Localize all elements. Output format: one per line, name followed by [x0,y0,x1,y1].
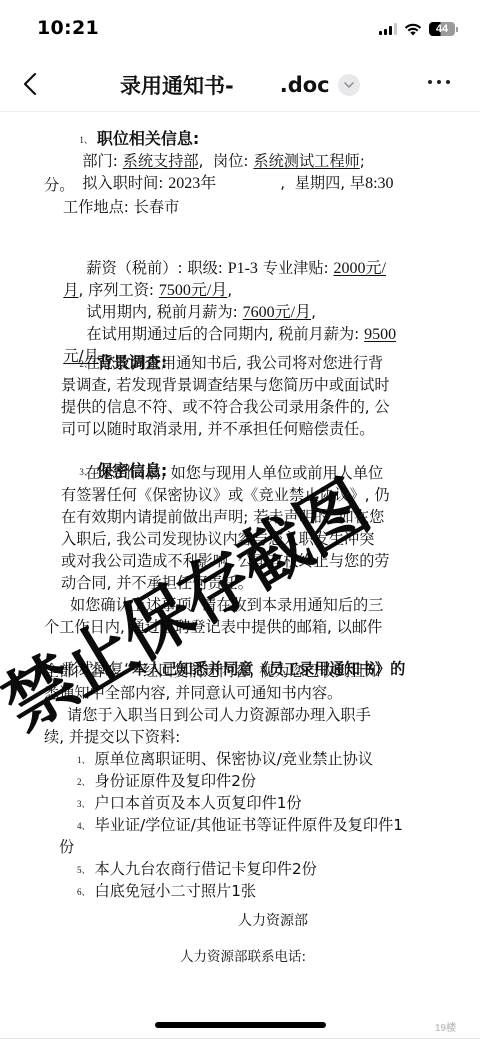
required-item: 6、白底免冠小二寸照片1张 [77,881,256,902]
required-item: 4、毕业证/学位证/其他证书等证件原件及复印件1 [77,815,403,836]
wifi-icon [404,23,422,36]
onboarding-line: 续, 并提交以下资料: [44,727,180,747]
document-title[interactable]: 录用通知书- .doc [120,70,360,100]
home-indicator[interactable] [155,1022,326,1028]
section2-line: 提供的信息不符、或不符合我公司录用条件的, 公 [61,397,390,417]
required-item: 2、身份证原件及复印件2份 [77,771,256,792]
battery-level: 44 [429,22,455,36]
required-item: 3、户口本首页及本人页复印件1份 [77,793,302,814]
signal-icon [379,23,397,35]
required-item: 1、原单位离职证明、保密协议/竞业禁止协议 [77,749,373,770]
site-logo: 19楼 [435,1019,456,1034]
section2-line: 司可以随时取消录用, 并不承担任何赔偿责任。 [61,419,374,439]
confirm-line: 全部内容”。一经回复前述内容, 视为您已收到且知 [44,661,380,681]
start-date-tail: 分。 [44,175,74,195]
confirm-line: 悉通知中全部内容, 并同意认可通知书内容。 [44,683,342,703]
section3-line: 或对我公司造成不利影响, 公司有权终止与您的劳 [61,551,390,571]
location-line: 工作地点: 长春市 [63,197,179,217]
section3-line: 在有效期内请提前做出声明; 若未声明的, 如在您 [61,507,384,527]
back-button[interactable] [16,68,44,100]
allowance-value: 2000元/ [333,260,385,277]
section2-line: 景调查, 若发现背景调查结果与您简历中或面试时 [61,375,390,395]
section3-line: 入职后, 我公司发现协议内容与您入职发生冲突 [61,529,374,549]
required-item: 5、本人九台农商行借记卡复印件2份 [77,859,317,880]
section3-line: 在您到岗前, 如您与现用人单位或前用人单位 [85,463,383,483]
onboarding-line: 请您于入职当日到公司人力资源部办理入职手 [67,705,371,725]
ellipsis-icon [428,80,432,84]
more-options-button[interactable] [428,80,450,84]
hr-contact-phone: 人力资源部联系电话: [180,947,306,967]
title-prefix: 录用通知书- [120,70,234,100]
title-dropdown-button[interactable] [338,74,360,96]
signature-dept: 人力资源部 [238,911,308,931]
nav-bar: 录用通知书- .doc [0,58,480,112]
chevron-left-icon [23,72,37,96]
status-time: 10:21 [37,17,99,39]
chevron-down-icon [344,82,354,88]
section3-line: 动合同, 并不承担任何责任。 [61,573,253,593]
confirm-line: 如您确认上述事项, 请在收到本录用通知后的三 [70,595,383,615]
section2-line: 在您收到录用通知书后, 我公司将对您进行背 [85,353,383,373]
document-content[interactable]: 1、职位相关信息: 部门: 系统支持部, 岗位: 系统测试工程师; 拟入职时间:… [0,113,480,993]
status-icons: 44 [379,21,458,37]
battery-icon: 44 [429,22,458,36]
contract-salary-value: 9500 [364,326,396,343]
title-extension: .doc [280,73,330,97]
status-bar: 10:21 44 [0,0,480,58]
section3-line: 有签署任何《保密协议》或《竞业禁止协议》, 仍 [61,485,390,505]
confirm-line: 个工作日内, 通过应聘登记表中提供的邮箱, 以邮件 [44,617,382,637]
required-item-continued: 份 [59,837,74,857]
